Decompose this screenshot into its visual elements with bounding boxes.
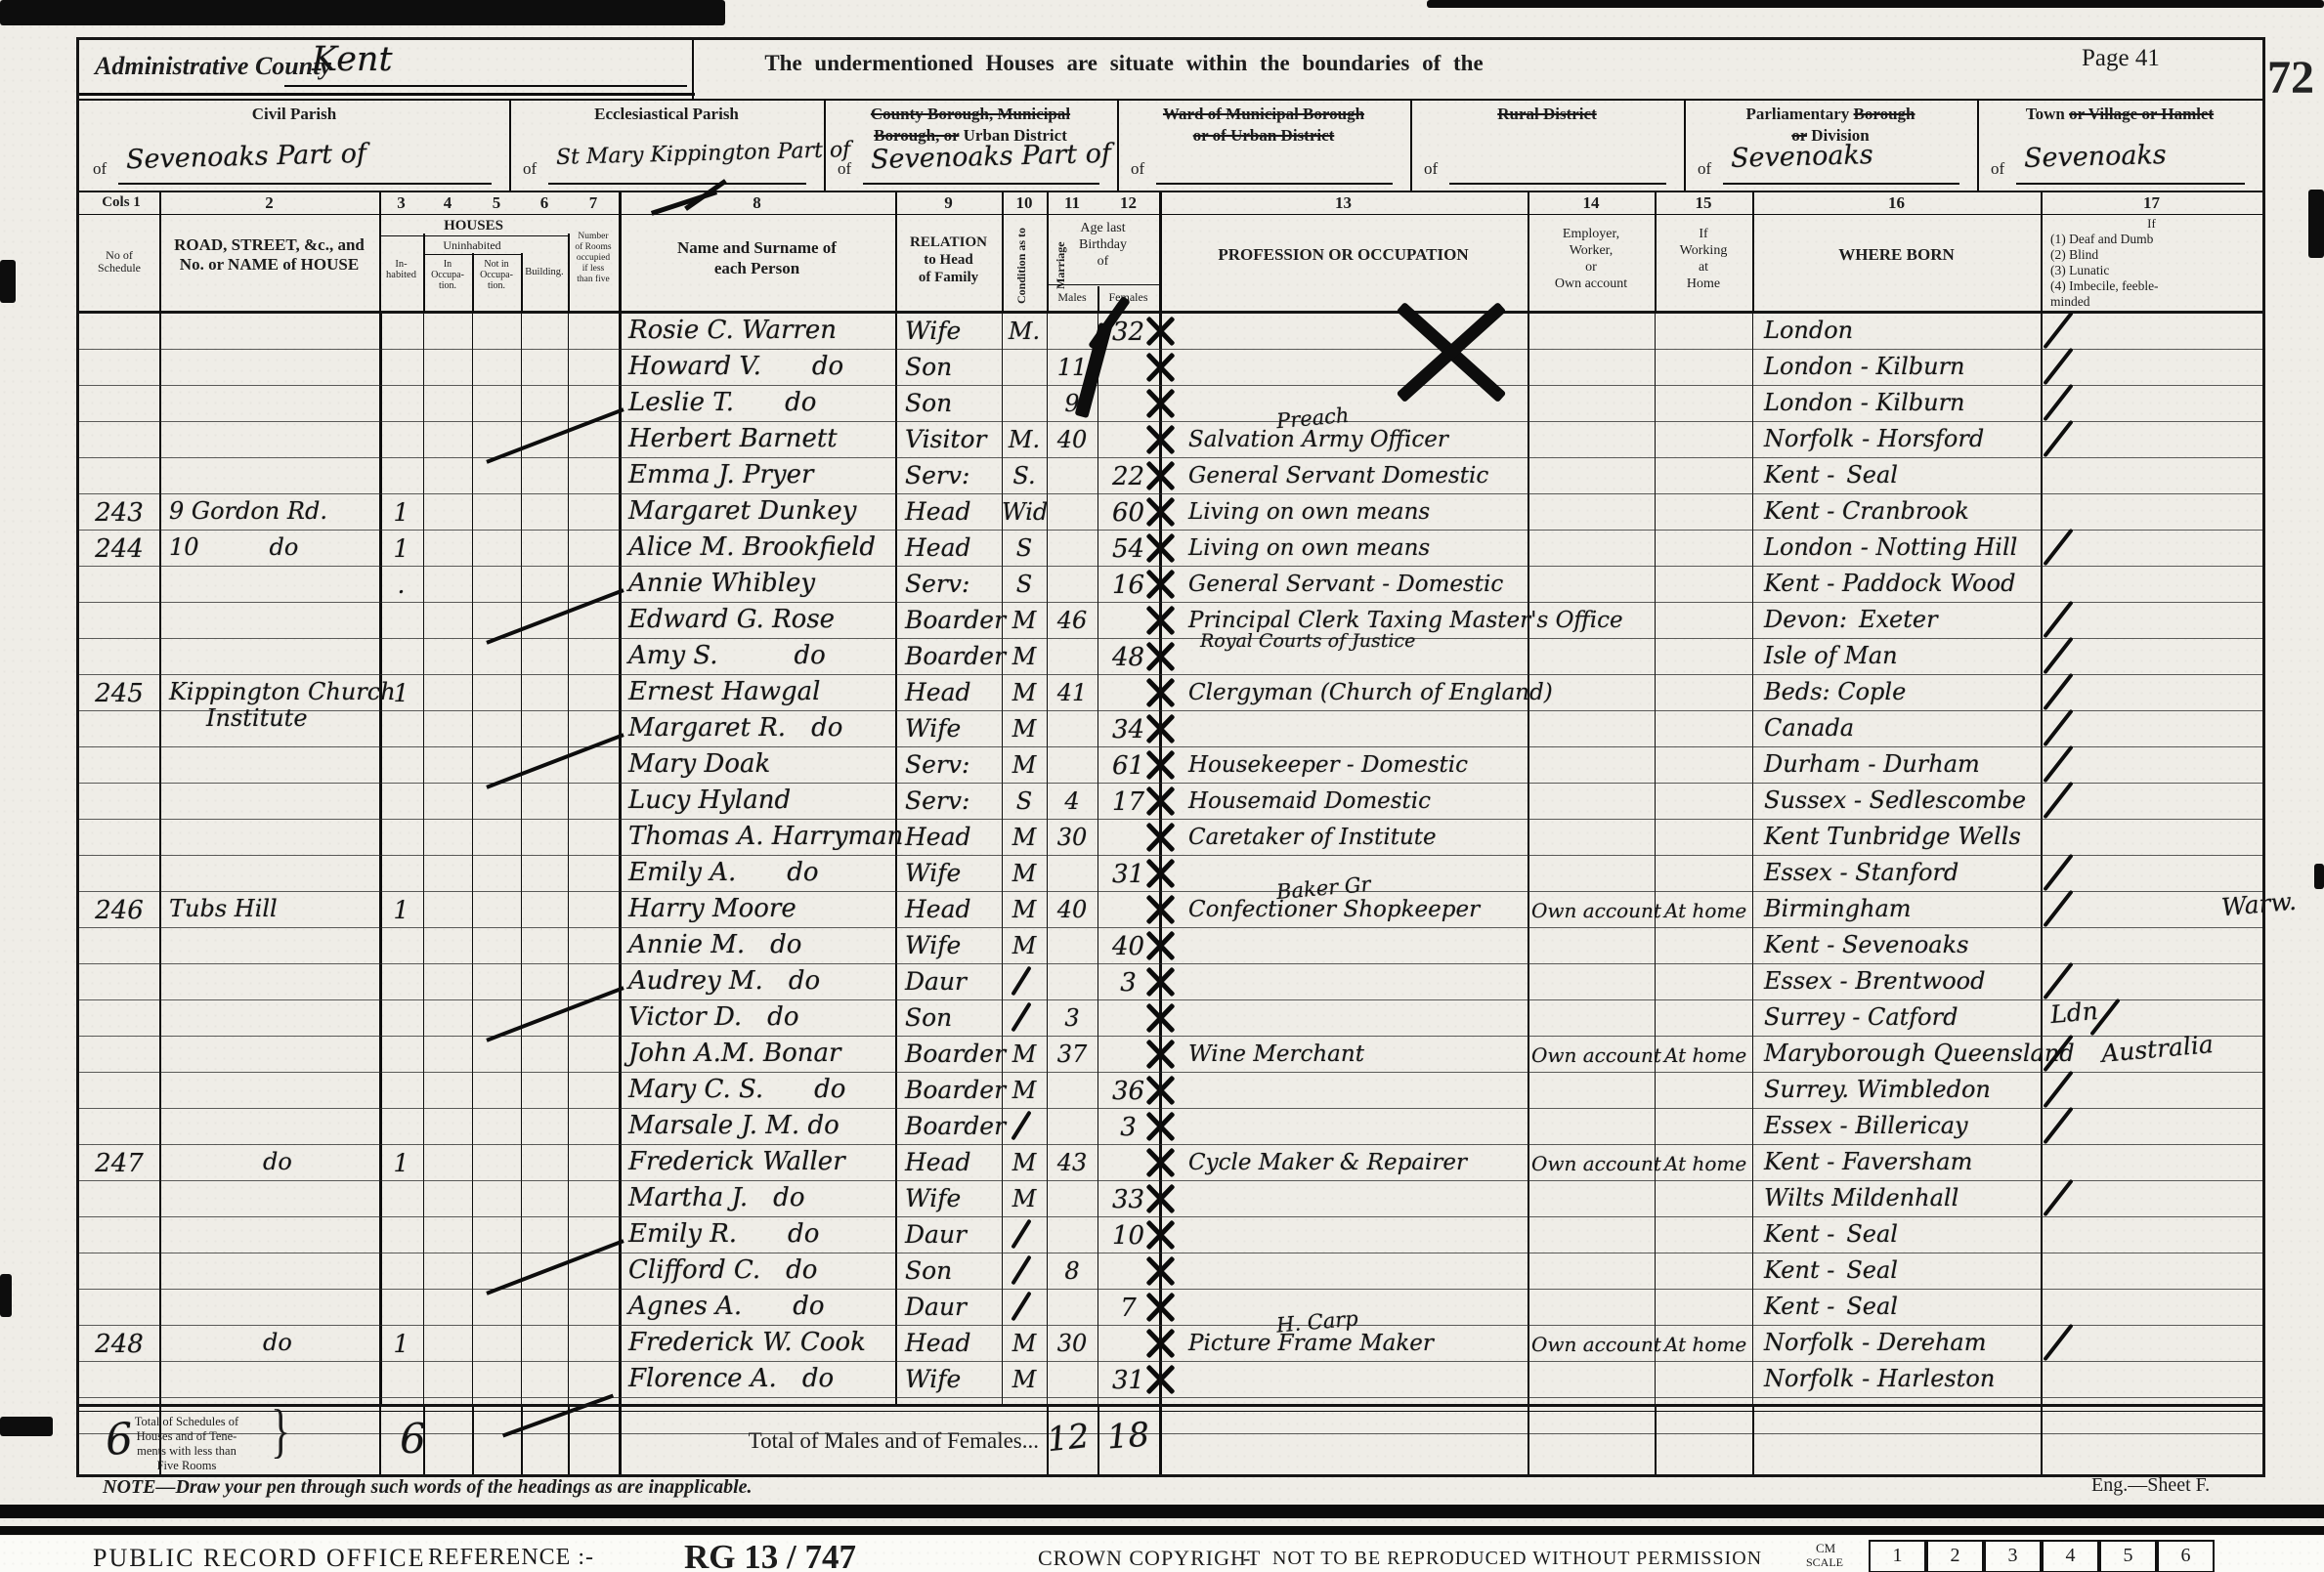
cell-occupation: General Servant - Domestic [1188,572,1503,597]
cell-condition: M [1002,1185,1047,1212]
occupation-x-mark [1143,1146,1177,1179]
cell-occupation: Confectioner Shopkeeper [1188,897,1480,922]
cell-name: Marsale J. M. do [628,1111,839,1140]
cell-name: Clifford C. do [628,1255,817,1285]
district-of-label: of [838,159,851,179]
district-of-underline [863,183,1099,185]
cell-where-born: Kent - Seal [1764,461,1898,489]
cell-condition: M [1002,715,1047,743]
header-relation: to Head [895,251,1002,269]
cell-road: do [169,1148,292,1175]
cell-condition-mark [1011,1219,1031,1250]
occupation-x-mark [1143,712,1177,745]
cell-where-born: London [1764,317,1853,344]
district-title-segment: Town [2026,105,2069,123]
table-body: Rosie C. WarrenWifeM.32LondonHoward V. d… [79,314,2262,1404]
cell-where-born: Kent - Seal [1764,1220,1898,1248]
cell-employer: Own account [1531,1043,1661,1067]
cell-name: Florence A. do [628,1364,834,1393]
cell-relation: Son [905,389,952,417]
district-title-ward: Ward of Municipal Borough [1117,105,1410,124]
census-row: Emily A. doWifeM31Essex - Stanford [79,856,2262,892]
district-of-underline [118,183,492,185]
cell-name: Audrey M. do [628,966,820,996]
census-row: 24410 do1Alice M. BrookfieldHeadS54Livin… [79,531,2262,567]
cell-relation: Boarder [905,1076,1006,1104]
scan-divider-bar-1 [0,1505,2324,1518]
totals-vline [472,1407,474,1474]
totals-vline [2041,1407,2043,1474]
cell-where-born: Kent - Faversham [1764,1148,1972,1175]
header-schedule: Schedule [79,262,159,275]
census-row: 2439 Gordon Rd.1Margaret DunkeyHeadWid60… [79,494,2262,531]
scan-right-blob [2314,864,2324,889]
admin-county-underline [284,85,687,87]
cell-where-born: Essex - Stanford [1764,859,1958,886]
cell-name: Howard V. do [628,352,843,381]
census-row: John A.M. BonarBoarderM37Wine MerchantOw… [79,1037,2262,1073]
cell-name: Emma J. Pryer [628,460,813,489]
scan-top-bar [0,0,725,25]
occupation-x-mark [1143,1001,1177,1035]
cm-scale-cell: 2 [1926,1540,1984,1572]
header-working-at-home: Working [1655,242,1752,259]
totals-males-females-label: Total of Males and of Females... [626,1428,1039,1454]
district-title-segment: County Borough, Municipal [871,105,1070,123]
district-of-value: Sevenoaks [2024,140,2167,174]
cell-relation: Daur [905,1220,967,1249]
cell-name: Lucy Hyland [628,786,791,815]
header-infirmities-if: If [2041,216,2262,232]
header-in-occupation: In [423,259,472,270]
cell-relation: Son [905,1256,952,1285]
cell-road: 10 do [169,533,298,561]
header-vline [379,192,381,313]
district-title-town: Town or Village or Hamlet [1977,105,2262,124]
occupation-x-mark [1143,351,1177,384]
cell-where-born: Birmingham [1764,895,1912,922]
cell-where-born: Isle of Man [1764,642,1898,669]
occupation-x-mark [1143,785,1177,818]
header-infirmities: (2) Blind [2050,247,2259,263]
census-scan-page: The undermentioned Houses are situate wi… [0,0,2324,1572]
header-age-group: Age last [1047,220,1159,236]
cell-where-born: London - Notting Hill [1764,533,2017,561]
header-uninhabited-group: Uninhabited [423,238,521,253]
occupation-x-mark [1143,929,1177,962]
infirmity-slash-mark [2043,673,2073,711]
cell-relation: Serv: [905,570,969,598]
cell-condition: Wid [1002,498,1047,526]
district-title-segment: Civil Parish [252,105,336,123]
cell-employer: Own account [1531,1333,1661,1356]
occupation-x-mark [1143,676,1177,709]
cell-relation: Daur [905,967,967,996]
col-number-5: 5 [472,193,521,213]
district-title-segment: or of Urban District [1193,126,1335,145]
cell-name: Harry Moore [628,894,796,923]
reference-label: REFERENCE :- [428,1545,594,1571]
occupation-x-mark [1143,568,1177,601]
cell-occupation: Housemaid Domestic [1188,788,1431,814]
uninhabited-underline [423,254,521,255]
cell-inhabited: 1 [379,896,423,924]
infirmity-slash-mark [2043,529,2073,567]
age-underline [1047,284,1159,285]
scan-divider-bar-2 [0,1526,2324,1535]
header-rooms: occupied [568,253,619,264]
census-row: 245Kippington ChurchInstitute1Ernest Haw… [79,675,2262,711]
cell-occupation: Living on own means [1188,499,1430,525]
cell-condition: M [1002,679,1047,706]
occupation-x-mark [1143,893,1177,926]
district-title-segment: Parliamentary [1746,105,1854,123]
cell-relation: Head [905,1329,971,1357]
header-not-in-occupation: tion. [472,280,521,291]
cell-at-home: At home [1664,1152,1746,1175]
cm-scale-cell: 1 [1869,1540,1926,1572]
cell-relation: Serv: [905,786,969,815]
office-label: PUBLIC RECORD OFFICE [93,1544,426,1572]
totals-inner-rule [79,1411,2262,1412]
header-building: Building. [521,267,568,277]
cell-where-born: Surrey. Wimbledon [1764,1076,1991,1103]
cell-condition: S [1002,571,1047,598]
cm-scale-cell: 6 [2157,1540,2215,1572]
occupation-x-mark [1143,1291,1177,1324]
permission-label: NOT TO BE REPRODUCED WITHOUT PERMISSION [1272,1548,1762,1570]
district-of-underline [1723,183,1959,185]
cell-condition-mark [1011,1002,1031,1033]
cell-relation: Boarder [905,1040,1006,1068]
header-rooms: than five [568,275,619,285]
cell-where-born: Essex - Brentwood [1764,967,1985,995]
cell-where-born: Maryborough Queensland [1764,1040,2075,1067]
district-title-ecclesiastical-parish: Ecclesiastical Parish [509,105,824,124]
district-of-value: Sevenoaks Part of [126,139,367,175]
cell-inhabited: 1 [379,1149,423,1177]
infirmity-slash-mark [2043,312,2073,350]
cell-occupation: Cycle Maker & Repairer [1188,1150,1467,1175]
census-row: 248 do1Frederick W. CookHeadM30Picture F… [79,1326,2262,1362]
census-row: .Annie WhibleyServ:S16General Servant - … [79,567,2262,603]
header-working-at-home: Home [1655,276,1752,292]
cell-schedule: 244 [81,534,157,564]
cell-where-born: Norfolk - Dereham [1764,1329,1986,1356]
totals-females-value: 18 [1097,1415,1161,1458]
occupation-x-mark [1143,1110,1177,1143]
cell-where-born: Wilts Mildenhall [1764,1184,1958,1211]
col-number-1: Cols 1 [81,194,161,211]
cell-relation: Head [905,497,971,526]
cell-occupation: Wine Merchant [1188,1041,1364,1067]
header-employer: or [1528,259,1655,276]
scan-left-blob [0,260,16,303]
header-not-in-occupation: Not in [472,259,521,270]
cell-relation: Son [905,353,952,381]
census-row: Marsale J. M. doBoarder3Essex - Billeric… [79,1109,2262,1145]
cell-relation: Wife [905,1365,961,1393]
district-title-segment: Borough [1854,105,1915,123]
col-number-17: 17 [2041,193,2262,213]
cell-where-born: London - Kilburn [1764,353,1965,380]
header-rooms: Number [568,232,619,242]
infirmity-slash-mark [2043,637,2073,675]
district-section-town: Town or Village or HamletofSevenoaks [1977,101,2262,191]
cell-where-born: Beds: Cople [1764,678,1906,705]
cell-name: Herbert Barnett [628,424,838,453]
header-infirmities: (1) Deaf and Dumb [2050,232,2259,247]
cm-scale-label-cm: CM [1816,1541,1835,1556]
occupation-x-mark [1143,1038,1177,1071]
col-number-14: 14 [1528,193,1655,213]
infirmity-slash-mark [2043,384,2073,422]
header-relation: RELATION [895,234,1002,251]
header-age-group: Birthday [1047,236,1159,253]
cell-relation: Wife [905,859,961,887]
cell-where-born: Sussex - Sedlescombe [1764,786,2026,814]
scan-right-blob [2308,190,2324,258]
sheet-label: Eng.—Sheet F. [2091,1474,2210,1497]
census-row: Margaret R. doWifeM34Canada [79,711,2262,747]
cell-occupation: General Servant Domestic [1188,463,1488,489]
infirmity-slash-mark [2043,745,2073,784]
numbers-underline [79,214,2262,215]
cm-scale-cell: 5 [2099,1540,2157,1572]
totals-houses-label: Total of Schedules of [99,1415,275,1429]
cell-where-born: Kent - Seal [1764,1256,1898,1284]
cell-condition-mark [1011,1255,1031,1286]
totals-vline [521,1407,523,1474]
header-road: ROAD, STREET, &c., and [159,235,379,255]
occupation-x-mark [1143,1074,1177,1107]
header-houses-group: HOUSES [379,218,568,234]
cell-name: John A.M. Bonar [628,1039,840,1068]
totals-houses-value: 6 [379,1415,447,1463]
annotation-infirmity: Warw. [2220,887,2298,922]
census-row: Audrey M. doDaur3Essex - Brentwood [79,964,2262,1000]
cell-employer: Own account [1531,899,1661,922]
infirmity-slash-mark [2043,1107,2073,1145]
header-employer: Worker, [1528,242,1655,259]
district-section-ecclesiastical-parish: Ecclesiastical ParishofSt Mary Kippingto… [509,101,824,191]
cell-where-born: Norfolk - Horsford [1764,425,1984,452]
cell-name: Alice M. Brookfield [628,532,876,562]
header-where-born: WHERE BORN [1752,245,2041,265]
cell-condition: M. [1002,318,1047,345]
header-employer: Employer, [1528,226,1655,242]
occupation-x-mark [1143,531,1177,565]
occupation-x-mark [1143,315,1177,348]
cell-name: Edward G. Rose [628,605,835,634]
cm-scale-label-scale: SCALE [1806,1555,1843,1570]
cell-occupation: Clergyman (Church of England) [1188,680,1553,705]
district-section-civil-parish: Civil ParishofSevenoaks Part of [79,101,509,191]
district-of-label: of [1991,159,2004,179]
cell-where-born: Canada [1764,714,1854,742]
census-row: Emma J. PryerServ:S.22General Servant Do… [79,458,2262,494]
col-number-15: 15 [1655,193,1752,213]
cell-name: Margaret Dunkey [628,496,856,526]
cell-condition: M [1002,860,1047,887]
occupation-x-mark [1143,1327,1177,1360]
occupation-x-mark [1143,459,1177,492]
cell-where-born: London - Kilburn [1764,389,1965,416]
cell-age-male: 30 [1047,824,1097,851]
cell-name: Emily A. do [628,858,819,887]
cell-condition-mark [1011,966,1031,997]
cell-age-male: 40 [1047,426,1097,453]
occupation-x-mark [1143,1254,1177,1288]
infirmity-slash-mark [2043,1071,2073,1109]
occupation-x-mark [1143,387,1177,420]
cell-relation: Wife [905,714,961,743]
cell-occupation: Salvation Army Officer [1188,427,1448,452]
district-title-ward: or of Urban District [1117,126,1410,146]
totals-row: 6Total of Schedules ofHouses and of Tene… [79,1404,2262,1474]
cell-condition: M [1002,1041,1047,1068]
cell-at-home: At home [1664,1333,1746,1356]
scan-top-thin [1427,0,2324,8]
cell-condition: M [1002,607,1047,634]
cell-where-born: Essex - Billericay [1764,1112,1968,1139]
district-of-label: of [1698,159,1711,179]
cell-relation: Wife [905,931,961,959]
cell-name: Rosie C. Warren [628,316,837,345]
cell-relation: Boarder [905,1112,1006,1140]
district-section-ward: Ward of Municipal Boroughor of Urban Dis… [1117,101,1410,191]
census-row: Herbert BarnettVisitorM.40Salvation Army… [79,422,2262,458]
cell-condition: M [1002,643,1047,670]
district-of-label: of [1131,159,1144,179]
cell-where-born: Kent - Seal [1764,1293,1898,1320]
census-row: Martha J. doWifeM33Wilts Mildenhall [79,1181,2262,1217]
cell-where-born: Norfolk - Harleston [1764,1365,1995,1392]
scan-left-blob [0,1274,12,1317]
cell-condition: M [1002,932,1047,959]
infirmity-slash-mark [2043,782,2073,820]
cell-name: Agnes A. do [628,1292,825,1321]
cell-age-male: 37 [1047,1041,1097,1068]
census-row: Rosie C. WarrenWifeM.32London [79,314,2262,350]
cm-scale-cell: 4 [2042,1540,2099,1572]
cell-name: Frederick Waller [628,1147,845,1176]
census-row: Annie M. doWifeM40Kent - Sevenoaks [79,928,2262,964]
cell-condition: M [1002,1366,1047,1393]
col-number-4: 4 [423,193,472,213]
col-number-11: 11 [1047,193,1097,213]
cell-name: Ernest Hawgal [628,677,821,706]
occupation-x-mark [1143,965,1177,998]
header-infirmities: (3) Lunatic [2050,263,2259,278]
census-row: Victor D. doSon3Surrey - CatfordLdn [79,1000,2262,1037]
cell-age-male: 43 [1047,1149,1097,1176]
header-in-occupation: tion. [423,280,472,291]
census-row: Lucy HylandServ:S417Housemaid DomesticSu… [79,784,2262,820]
annotation-infirmity: Ldn [2049,997,2099,1029]
header-infirmities: (4) Imbecile, feeble- [2050,278,2259,294]
col-number-7: 7 [568,193,619,213]
occupation-x-mark [1143,495,1177,529]
infirmity-slash-mark [2043,1179,2073,1217]
cell-occupation: Housekeeper - Domestic [1188,752,1468,778]
cell-relation: Boarder [905,642,1006,670]
cell-relation: Head [905,823,971,851]
cell-road-2: Institute [206,704,308,732]
cell-at-home: At home [1664,1043,1746,1067]
cell-at-home: At home [1664,899,1746,922]
cell-condition: M. [1002,426,1047,453]
census-form: Administrative CountyKentCivil ParishofS… [76,37,2265,1477]
census-row: Thomas A. HarrymanHeadM30Caretaker of In… [79,820,2262,856]
header-infirmities: minded [2050,294,2259,310]
cell-age-male: 30 [1047,1330,1097,1357]
district-of-underline [548,183,806,185]
cell-name: Frederick W. Cook [628,1328,866,1357]
district-of-value: St Mary Kippington Part of [556,138,851,170]
cell-name: Mary Doak [628,749,770,779]
totals-brace: } [271,1398,290,1466]
header-vline [521,253,523,313]
district-section-county-borough: County Borough, MunicipalBorough, or Urb… [824,101,1117,191]
header-not-in-occupation: Occupa- [472,270,521,280]
copyright-separator: - [1243,1546,1250,1571]
table-header: Cols 1234567891011121314151617No ofSched… [79,191,2262,314]
header-rooms: if less [568,264,619,275]
admin-county-rule [79,93,695,96]
district-of-label: of [1424,159,1438,179]
cell-schedule: 247 [81,1149,157,1178]
cell-name: Amy S. do [628,641,826,670]
header-name: each Person [619,258,895,278]
district-title-segment: Ecclesiastical Parish [594,105,739,123]
cell-inhabited: 1 [379,1330,423,1358]
district-of-underline [2016,183,2245,185]
cell-where-born: Durham - Durham [1764,750,1980,778]
totals-vline [619,1407,622,1474]
district-of-underline [1449,183,1666,185]
cm-scale-cell: 3 [1984,1540,2042,1572]
col-number-6: 6 [521,193,568,213]
district-title-segment: Rural District [1497,105,1597,123]
scan-left-bar [0,1417,53,1436]
district-title-parliamentary-borough: Parliamentary Borough [1684,105,1977,124]
cell-occupation: Picture Frame Maker [1188,1331,1434,1356]
header-name: Name and Surname of [619,237,895,258]
occupation-x-mark [1143,1182,1177,1215]
cell-condition: S. [1002,462,1047,489]
cell-inhabited: . [379,571,423,599]
cell-schedule: 243 [81,498,157,528]
district-of-value: Sevenoaks [1731,140,1873,174]
cell-relation: Head [905,533,971,562]
col-number-3: 3 [379,193,423,213]
header-relation: of Family [895,269,1002,286]
cell-relation: Wife [905,317,961,345]
cell-name: Victor D. do [628,1002,798,1032]
cell-where-born: Kent - Paddock Wood [1764,570,2015,597]
cell-where-born: Kent - Cranbrook [1764,497,1969,525]
cell-name: Thomas A. Harryman [628,822,903,851]
header-road: No. or NAME of HOUSE [159,255,379,275]
col-number-12: 12 [1097,193,1159,213]
cell-inhabited: 1 [379,498,423,527]
col-number-13: 13 [1159,193,1528,213]
header-working-at-home: at [1655,259,1752,276]
admin-county-vline [692,40,694,101]
cell-condition-mark [1011,1111,1031,1141]
cell-name: Martha J. do [628,1183,804,1212]
